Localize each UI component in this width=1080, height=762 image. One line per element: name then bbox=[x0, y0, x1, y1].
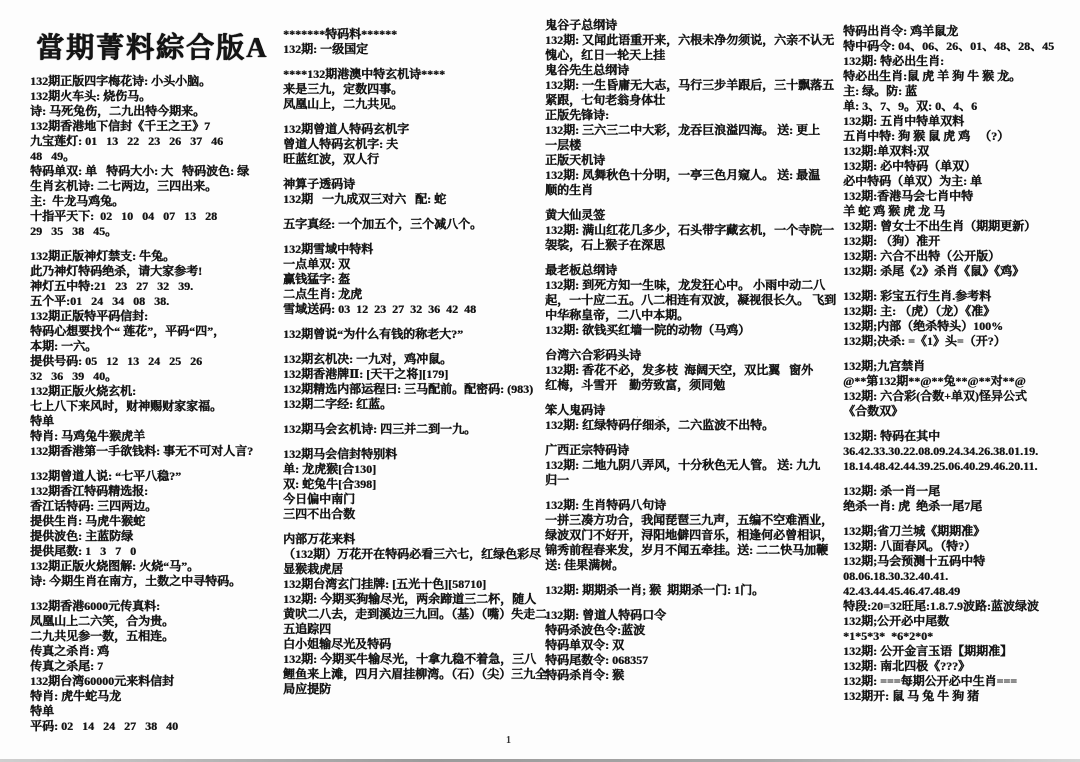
text-line: 特单 bbox=[30, 704, 282, 719]
text-line: 132期: 一级国定 bbox=[283, 42, 525, 57]
blank-gap bbox=[843, 349, 1079, 359]
text-line: 赢钱猛字: 盔 bbox=[283, 272, 525, 287]
text-line: 132期曾道人说: “七平八稳?” bbox=[30, 469, 282, 484]
blank-gap bbox=[545, 598, 839, 608]
text-line: 特码杀肖令: 猴 bbox=[545, 668, 839, 683]
text-line: 132期: 特码在其中 bbox=[843, 429, 1079, 444]
blank-gap bbox=[843, 474, 1079, 484]
text-line: 132期: 六合不出特（公开版） bbox=[843, 249, 1079, 264]
text-line: *1*5*3* *6*2*0* bbox=[843, 629, 1079, 644]
text-line: 132期:香港马会七肖中特 bbox=[843, 189, 1079, 204]
text-line: 五个平:01 24 34 08 38. bbox=[30, 294, 282, 309]
text-line: 正版天机诗 bbox=[545, 153, 839, 168]
text-line: 羊 蛇 鸡 猴 虎 龙 马 bbox=[843, 204, 1079, 219]
text-line: 旺蓝红波，双人行 bbox=[283, 152, 525, 167]
blank-gap bbox=[545, 488, 839, 498]
text-line: 132期玄机决: 一九对，鸡冲鼠。 bbox=[283, 352, 525, 367]
blank-gap bbox=[283, 317, 525, 327]
blank-gap bbox=[843, 279, 1079, 289]
text-line: 132期;马会预测十五码中特 bbox=[843, 554, 1079, 569]
text-line: 来是三九，定数四事。 bbox=[283, 82, 525, 97]
blank-gap bbox=[283, 112, 525, 122]
text-line: 绝杀一肖: 虎 绝杀一尾7尾 bbox=[843, 499, 1079, 514]
text-line: 132期: 彩宝五行生肖.参考料 bbox=[843, 289, 1079, 304]
text-line: 诗: 马死兔伤，二九出特今期来。 bbox=[30, 104, 282, 119]
text-line: 特单 bbox=[30, 414, 282, 429]
text-line: 一层楼 bbox=[545, 138, 839, 153]
text-line: 广西正宗特码诗 bbox=[545, 443, 839, 458]
text-line: 132期;九宫禁肖 bbox=[843, 359, 1079, 374]
text-line: 132期;决杀: =《1》头=（开?） bbox=[843, 334, 1079, 349]
text-line: 132期台湾玄门挂牌: [五光十色][58710] bbox=[283, 577, 525, 592]
text-line: 132期;省刀兰城《期期准》 bbox=[843, 524, 1079, 539]
lottery-tip-sheet-page: 當期菁料綜合版A 132期正版四字梅花诗: 小头小脑。132期火车头: 烧伤马。… bbox=[0, 0, 1080, 762]
blank-gap bbox=[283, 232, 525, 242]
text-line: 生肖玄机诗: 二七两边，三四出来。 bbox=[30, 179, 282, 194]
text-line: 132期香港牌Ⅱ: [天干之将][179] bbox=[283, 367, 525, 382]
text-line: 132期: 杀尾《2》杀肖《鼠》《鸡》 bbox=[843, 264, 1079, 279]
text-line: （132期）万花开在特码必看三六七，红绿色彩尽 bbox=[283, 547, 525, 562]
text-line: 正版先锋诗: bbox=[545, 108, 839, 123]
text-line: 132期: 红绿特码仔细杀，二六监波不出特。 bbox=[545, 418, 839, 433]
text-line: 特肖: 马鸡兔牛猴虎羊 bbox=[30, 429, 282, 444]
text-line: 曾道人特码玄机字: 夫 bbox=[283, 137, 525, 152]
text-line: 主: 牛龙马鸡兔。 bbox=[30, 194, 282, 209]
text-line: 132期: 南北四极《???》 bbox=[843, 659, 1079, 674]
text-line: 红梅，斗雪开 勤劳致富，须同勉 bbox=[545, 378, 839, 393]
text-line: 雪域送码: 03 12 23 27 32 36 42 48 bbox=[283, 302, 525, 317]
text-line: 132期正版神灯禁支: 牛兔。 bbox=[30, 249, 282, 264]
text-line: 特码出肖令: 鸡羊鼠龙 bbox=[843, 24, 1079, 39]
text-line: 08.06.18.30.32.40.41. bbox=[843, 569, 1079, 584]
text-line: 18.14.48.42.44.39.25.06.40.29.46.20.11. bbox=[843, 459, 1079, 474]
text-line: 132期曾说“为什么有钱的称老大?” bbox=[283, 327, 525, 342]
text-line: 132期: 今期买牛输尽光，十拿九稳不着急，三八 bbox=[283, 652, 525, 667]
text-line: 凤凰山上，二九共见。 bbox=[283, 97, 525, 112]
text-line: 凤凰山上二六笑，合为贵。 bbox=[30, 614, 282, 629]
text-line: 29 35 38 45。 bbox=[30, 224, 282, 239]
text-line: 132期: 满山红花几多少，石头带字藏玄机，一个寺院一 bbox=[545, 223, 839, 238]
text-line: 平码: 02 14 24 27 38 40 bbox=[30, 719, 282, 734]
text-line: 132期开: 鼠 马 兔 牛 狗 猪 bbox=[843, 689, 1079, 704]
text-line: 二点生肖: 龙虎 bbox=[283, 287, 525, 302]
text-line: 132期马会信封特别料 bbox=[283, 447, 525, 462]
text-line: 一拼三凑方功合，我闻琵琶三九声，五编不空难酒业， bbox=[545, 513, 839, 528]
text-line: 132期: 公开金言玉语【期期准】 bbox=[843, 644, 1079, 659]
text-line: 归一 bbox=[545, 473, 839, 488]
text-line: 提供尾数: 1 3 7 0 bbox=[30, 544, 282, 559]
text-line: 局应提防 bbox=[283, 682, 525, 697]
text-line: 锦秀前程春来发，岁月不闻五牵挂。送: 二二快马加鞭 bbox=[545, 543, 839, 558]
blank-gap bbox=[283, 167, 525, 177]
text-line: 提供波色: 主蓝防绿 bbox=[30, 529, 282, 544]
text-line: 132期: （狗）准开 bbox=[843, 234, 1079, 249]
text-line: 48 49。 bbox=[30, 149, 282, 164]
blank-gap bbox=[283, 342, 525, 352]
text-line: 132期: 主: （虎）（龙）《准》 bbox=[843, 304, 1079, 319]
text-line: 132期香港地下信封《千王之王》7 bbox=[30, 119, 282, 134]
text-line: 此乃神灯特码绝杀，请大家参考! bbox=[30, 264, 282, 279]
text-line: 起，一十应二五。八二相连有双波，凝视很长久。 飞到 bbox=[545, 293, 839, 308]
text-line: 送: 佳果满树。 bbox=[545, 558, 839, 573]
text-line: 132期二字经: 红蓝。 bbox=[283, 397, 525, 412]
text-line: 32 36 39 40。 bbox=[30, 369, 282, 384]
blank-gap bbox=[545, 433, 839, 443]
text-line: 132期: 必中特码（单双） bbox=[843, 159, 1079, 174]
text-line: 132期: 今期买狗输尽光，两余蹄道三二杯，随人 bbox=[283, 592, 525, 607]
text-line: 本期: 一六。 bbox=[30, 339, 282, 354]
text-line: 绿波双门不好开，浔阳地僻四音乐，相逢何必曾相识， bbox=[545, 528, 839, 543]
text-line: 132期: 二地九阴八弄风，十分秋色无人管。 送: 九九 bbox=[545, 458, 839, 473]
text-line: 132期精选内部运程曰: 三马配前。配密码: (983) bbox=[283, 382, 525, 397]
text-line: 132期: 曾道人特码口令 bbox=[545, 608, 839, 623]
text-line: 香江话特码: 三四两边。 bbox=[30, 499, 282, 514]
text-line: 五字真经: 一个加五个，三个减八个。 bbox=[283, 217, 525, 232]
text-line: 132期马会玄机诗: 四三并二到一九。 bbox=[283, 422, 525, 437]
text-line: 132期: ===每期公开必中生肖=== bbox=[843, 674, 1079, 689]
text-line: 132期: 六合彩(合数+单双)怪异公式 bbox=[843, 389, 1079, 404]
text-line: 白小姐输尽光及特码 bbox=[283, 637, 525, 652]
text-line: 五肖中特: 狗 猴 鼠 虎 鸡 （?） bbox=[843, 129, 1079, 144]
text-line: 五追踪四 bbox=[283, 622, 525, 637]
blank-gap bbox=[30, 589, 282, 599]
text-line: 132期 一九成双三对六 配: 蛇 bbox=[283, 192, 525, 207]
text-line: 单: 龙虎猴[合130] bbox=[283, 462, 525, 477]
text-line: 132期: 香花不必，发多枝 海阔天空，双比翼 窗外 bbox=[545, 363, 839, 378]
text-line: 提供号码: 05 12 13 24 25 26 bbox=[30, 354, 282, 369]
text-line: 特码单双: 单 特码大小: 大 特码波色: 绿 bbox=[30, 164, 282, 179]
blank-gap bbox=[283, 522, 525, 532]
column-2: *******特码料******132期: 一级国定****132期港澳中特玄机… bbox=[283, 27, 525, 697]
text-line: ****132期港澳中特玄机诗**** bbox=[283, 67, 525, 82]
text-line: 黄吠二八去，走到溪边三九回。（基）（嘴）失走二 bbox=[283, 607, 525, 622]
text-line: 42.43.44.45.46.47.48.49 bbox=[843, 584, 1079, 599]
blank-gap bbox=[545, 253, 839, 263]
text-line: *******特码料****** bbox=[283, 27, 525, 42]
blank-gap bbox=[283, 207, 525, 217]
text-line: 132期正版四字梅花诗: 小头小脑。 bbox=[30, 74, 282, 89]
text-line: 132期:单双料:双 bbox=[843, 144, 1079, 159]
text-line: 132期曾道人特码玄机字 bbox=[283, 122, 525, 137]
text-line: 132期雪域中特料 bbox=[283, 242, 525, 257]
text-line: 内部万花来料 bbox=[283, 532, 525, 547]
text-line: @**第132期**@**兔**@**对**@ bbox=[843, 374, 1079, 389]
text-line: 132期: 欲钱买红墙一院的动物（马鸡） bbox=[545, 323, 839, 338]
text-line: 特肖: 虎牛蛇马龙 bbox=[30, 689, 282, 704]
text-line: 七上八下来风时，财神赐财家家福。 bbox=[30, 399, 282, 414]
text-line: 132期;内部（绝杀特头）100% bbox=[843, 319, 1079, 334]
text-line: 132期: 期期杀一肖; 猴 期期杀一门: 1门。 bbox=[545, 583, 839, 598]
text-line: 十指平天下: 02 10 04 07 13 28 bbox=[30, 209, 282, 224]
blank-gap bbox=[843, 419, 1079, 429]
page-number: 1 bbox=[506, 735, 511, 746]
blank-gap bbox=[545, 573, 839, 583]
text-line: 中华称皇帝，二八中本期。 bbox=[545, 308, 839, 323]
text-line: 神算子透码诗 bbox=[283, 177, 525, 192]
text-line: 一点单双: 双 bbox=[283, 257, 525, 272]
text-line: 鬼谷先生总纲诗 bbox=[545, 63, 839, 78]
text-line: 今日偏中南门 bbox=[283, 492, 525, 507]
text-line: 132期: 曾女士不出生肖（期期更新） bbox=[843, 219, 1079, 234]
blank-gap bbox=[283, 57, 525, 67]
text-line: 双: 蛇兔牛[合398] bbox=[283, 477, 525, 492]
column-1: 132期正版四字梅花诗: 小头小脑。132期火车头: 烧伤马。诗: 马死兔伤，二… bbox=[30, 74, 282, 734]
text-line: 132期: 又闻此语重开来，六根未净勿须说，六亲不认无 bbox=[545, 33, 839, 48]
blank-gap bbox=[843, 514, 1079, 524]
text-line: 诗: 今期生肖在南方，土数之中寻特码。 bbox=[30, 574, 282, 589]
text-line: 主: 绿。防: 蓝 bbox=[843, 84, 1079, 99]
blank-gap bbox=[283, 412, 525, 422]
text-line: 132期台湾60000元来料信封 bbox=[30, 674, 282, 689]
text-line: 传真之杀肖: 鸡 bbox=[30, 644, 282, 659]
blank-gap bbox=[283, 437, 525, 447]
text-line: 特码杀波色令:蓝波 bbox=[545, 623, 839, 638]
text-line: 132期: 五肖中特单双料 bbox=[843, 114, 1079, 129]
text-line: 特码心想要找个“ 莲花”，平码“四”， bbox=[30, 324, 282, 339]
text-line: 必中特码（单双）为主: 单 bbox=[843, 174, 1079, 189]
blank-gap bbox=[545, 393, 839, 403]
text-line: 特必出生肖:鼠 虎 羊 狗 牛 猴 龙。 bbox=[843, 69, 1079, 84]
blank-gap bbox=[545, 198, 839, 208]
blank-gap bbox=[30, 459, 282, 469]
page-title: 當期菁料綜合版A bbox=[36, 26, 268, 66]
column-4: 特码出肖令: 鸡羊鼠龙特中码令: 04、06、26、01、48、28、45132… bbox=[843, 24, 1079, 704]
text-line: 132期: 生肖特码八句诗 bbox=[545, 498, 839, 513]
text-line: 132期: 杀一肖一尾 bbox=[843, 484, 1079, 499]
column-3: 鬼谷子总纲诗132期: 又闻此语重开来，六根未净勿须说，六亲不认无愧心，红日一轮… bbox=[545, 18, 839, 683]
text-line: 笨人鬼码诗 bbox=[545, 403, 839, 418]
text-line: 显猴栽虎居 bbox=[283, 562, 525, 577]
text-line: 鲤鱼来上滩，四月六眉挂柳湾。（石）（尖）三九全 bbox=[283, 667, 525, 682]
text-line: 鬼谷子总纲诗 bbox=[545, 18, 839, 33]
text-line: 愧心，红日一轮天上挂 bbox=[545, 48, 839, 63]
text-line: 三四不出合数 bbox=[283, 507, 525, 522]
text-line: 132期: 三六三二中大彩，龙吞巨浪溢四海。 送: 更上 bbox=[545, 123, 839, 138]
scan-noise: · · bbox=[636, 412, 668, 422]
text-line: 132期正版火烧图解: 火烧“马”。 bbox=[30, 559, 282, 574]
text-line: 特段:20=32旺尾:1.8.7.9波路:蓝波绿波 bbox=[843, 599, 1079, 614]
text-line: 132期: 特必出生肖: bbox=[843, 54, 1079, 69]
text-line: 《合数双》 bbox=[843, 404, 1079, 419]
scan-noise: · ·· · ···· bbox=[560, 86, 679, 96]
text-line: 132期: 凤舞秋色十分明，一亭三色月窥人。 送: 最温 bbox=[545, 168, 839, 183]
text-line: 132期香江特码精选报: bbox=[30, 484, 282, 499]
text-line: 132期香港第一手欲钱料: 事无不可对人言? bbox=[30, 444, 282, 459]
text-line: 132期正版特平码信封: bbox=[30, 309, 282, 324]
text-line: 台湾六合彩码头诗 bbox=[545, 348, 839, 363]
text-line: 单: 3、7、9。双: 0、4、6 bbox=[843, 99, 1079, 114]
text-line: 袈裟，石上猴子在深思 bbox=[545, 238, 839, 253]
text-line: 特码单双令: 双 bbox=[545, 638, 839, 653]
text-line: 36.42.33.30.22.08.09.24.34.26.38.01.19. bbox=[843, 444, 1079, 459]
text-line: 132期;公开必中尾数 bbox=[843, 614, 1079, 629]
text-line: 提供生肖: 马虎牛猴蛇 bbox=[30, 514, 282, 529]
text-line: 神灯五中特:21 23 27 32 39. bbox=[30, 279, 282, 294]
text-line: 特码尾数令: 068357 bbox=[545, 653, 839, 668]
text-line: 黄大仙灵签 bbox=[545, 208, 839, 223]
text-line: 132期: 八面春风。（特?） bbox=[843, 539, 1079, 554]
text-line: 特中码令: 04、06、26、01、48、28、45 bbox=[843, 39, 1079, 54]
text-line: 九宝莲灯: 01 13 22 23 26 37 46 bbox=[30, 134, 282, 149]
text-line: 二九共见参一数，五相连。 bbox=[30, 629, 282, 644]
text-line: 顺的生肖 bbox=[545, 183, 839, 198]
text-line: 132期火车头: 烧伤马。 bbox=[30, 89, 282, 104]
text-line: 最老板总纲诗 bbox=[545, 263, 839, 278]
text-line: 传真之杀尾: 7 bbox=[30, 659, 282, 674]
text-line: 132期: 到死方知一生味，龙发狂心中。 小雨中动二八 bbox=[545, 278, 839, 293]
text-line: 132期香港6000元传真料: bbox=[30, 599, 282, 614]
blank-gap bbox=[30, 239, 282, 249]
text-line: 132期正版火烧玄机: bbox=[30, 384, 282, 399]
blank-gap bbox=[545, 338, 839, 348]
